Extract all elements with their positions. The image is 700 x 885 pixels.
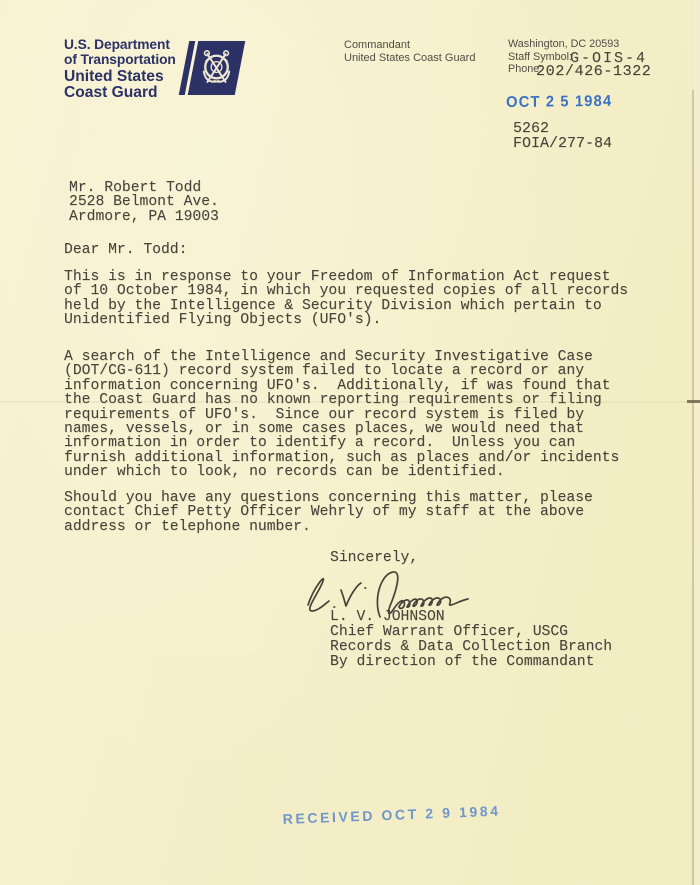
reference-numbers: 5262 FOIA/277-84: [513, 122, 612, 152]
letter-page: U.S. Department of Transportation United…: [0, 0, 700, 885]
received-stamp: RECEIVED OCT 2 9 1984: [282, 803, 500, 827]
paragraph-2: A search of the Intelligence and Securit…: [64, 350, 619, 480]
scan-edge-line: [692, 90, 694, 885]
signer-block: L. V. JOHNSON Chief Warrant Officer, USC…: [330, 610, 612, 670]
coast-guard-seal-icon: [193, 41, 240, 95]
sender-block: Commandant United States Coast Guard: [344, 39, 475, 65]
paragraph-1: This is in response to your Freedom of I…: [64, 270, 628, 328]
letterhead-service: United States Coast Guard: [64, 69, 164, 101]
date-stamp: OCT 2 5 1984: [506, 93, 612, 112]
phone-value: 202/426-1322: [536, 62, 651, 80]
paragraph-3: Should you have any questions concerning…: [64, 491, 593, 534]
salutation: Dear Mr. Todd:: [64, 243, 187, 257]
letterhead-department: U.S. Department of Transportation: [64, 37, 176, 67]
scan-edge-strip: [694, 0, 700, 885]
scan-edge-mark: [687, 400, 700, 403]
recipient-address: Mr. Robert Todd 2528 Belmont Ave. Ardmor…: [69, 181, 219, 224]
fold-line: [0, 401, 700, 403]
